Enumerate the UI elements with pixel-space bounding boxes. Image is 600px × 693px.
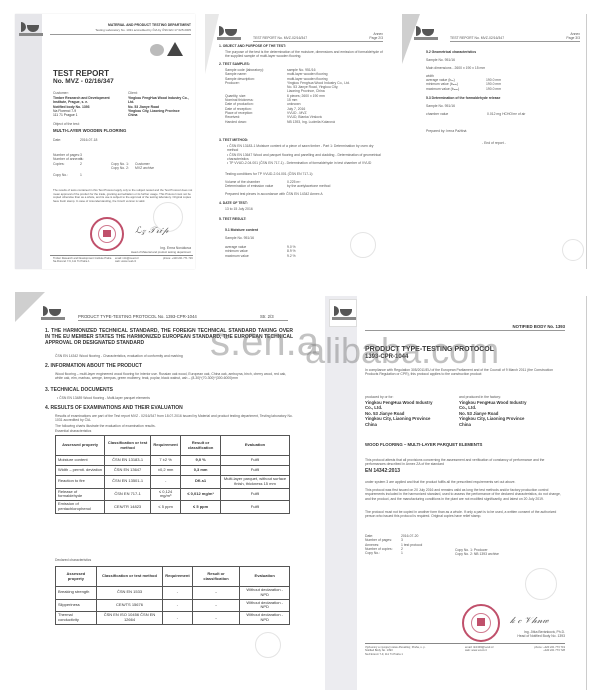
method-item: • ČSN EN 13183-1 Moisture content of a p… <box>227 144 383 153</box>
table-cell: Release of formaldehyde <box>56 488 105 501</box>
product-name: WOOD FLOORING – MULTI-LAYER PARQUET ELEM… <box>365 442 482 447</box>
client-block: Yingkou FengHua Wood Industry Co.,Ltd.No… <box>128 96 193 117</box>
institute-logo-icon <box>332 304 356 322</box>
table-cell: Breaking strength <box>56 587 97 600</box>
watermark-right: s.en.a <box>210 320 319 365</box>
table-row: Emission of pentachlorophenolCEN/TR 1482… <box>56 501 290 514</box>
date-value: 2016-07-18 <box>80 138 97 142</box>
disclaimer-text: The results of tests contained in this T… <box>53 189 193 203</box>
relief-stamp-icon <box>350 232 376 258</box>
header-reference: TEST REPORT No. MVZ-02/16/347 <box>253 36 307 40</box>
moisture-values: average value9.0 %minimum value8.9 %maxi… <box>225 245 325 258</box>
table-cell: ČSN EN ISO 10456 ČSN EN 12664 <box>96 612 162 625</box>
date-label: Date: <box>53 138 61 142</box>
footer-organization: Výzkumný a vývojový ústav dřevařský, Pra… <box>365 646 445 656</box>
section-4-title: 4. DATE OF TEST: <box>219 201 248 205</box>
validity-text: This protocol was first issued on 20 Jul… <box>365 488 565 501</box>
section-2-text: Wood flooring – multi-layer engineered w… <box>55 372 293 381</box>
kv-row: Determination of emission valueby the ac… <box>225 184 383 188</box>
institute-logo-icon <box>414 24 438 42</box>
table-cell: Dfl-s1 <box>181 476 221 489</box>
section-2-title: 2. INFORMATION ABOUT THE PRODUCT <box>45 364 142 369</box>
table-cell: - <box>151 476 181 489</box>
kv-row: maximum value9.2 % <box>225 254 325 258</box>
table-cell: Fulfil <box>221 456 290 466</box>
document-test-report-page-3: TEST REPORT No. MVZ-02/16/347 Annex Page… <box>402 14 587 269</box>
table-cell: ±0,2 mm <box>151 466 181 476</box>
header-reference: TEST REPORT No. MVZ-02/16/347 <box>450 36 504 40</box>
table-row: Reaction to fireČSN EN 13501-1-Dfl-s1Mul… <box>56 476 290 489</box>
object-label: Object of the test: <box>53 122 80 126</box>
footer-rule <box>365 643 565 644</box>
essential-label: Essential characteristics <box>55 429 91 433</box>
institute-logo-icon <box>19 20 43 38</box>
table-header: Requirement <box>163 567 192 587</box>
chamber-value: 0.012 mg HCHO/m³ of air <box>487 112 525 116</box>
table-cell: 0,3 mm <box>181 466 221 476</box>
table-cell: ČSN EN 13647 <box>105 466 151 476</box>
methods-list: • ČSN EN 13183-1 Moisture content of a p… <box>227 144 383 165</box>
chamber-label: chamber value <box>426 112 448 116</box>
table-cell: ≤ 5 ppm <box>151 501 181 514</box>
table-header: Classification or test method <box>96 567 162 587</box>
report-number: No. MVZ - 02/16/347 <box>53 78 114 85</box>
table-cell: - <box>163 612 192 625</box>
system-text: under system 3 are applied and that the … <box>365 480 565 484</box>
object-value: MULTI-LAYER WOODEN FLOORING <box>53 128 126 133</box>
table-header: Evaluation <box>240 567 290 587</box>
section-5-1-sample: Sample No. 951/16 <box>225 236 254 240</box>
section-2-title: 2. TEST SAMPLES: <box>219 62 250 66</box>
institute-logo-icon <box>217 24 241 42</box>
table-cell: ≤ 0,012 mg/m³ <box>181 488 221 501</box>
kv-row: Handed down:NB 1393, Ing. Ludmila Kolaro… <box>225 120 383 124</box>
institute-logo-icon <box>41 304 65 322</box>
section-1-text: ČSN EN 14342 Wood flooring - Characteris… <box>55 354 183 358</box>
producer-block: Yingkou FengHua Wood IndustryCo., Ltd.No… <box>365 400 455 427</box>
table-header: Evaluation <box>221 436 290 456</box>
end-of-report: - End of report - <box>482 141 506 145</box>
signature: 𝓀 𝒸 𝒱𝒽𝓃𝓌 <box>510 616 549 626</box>
header-page: Page 3/3 <box>552 36 580 40</box>
table-header: Result or classification <box>181 436 221 456</box>
table-cell: Fulfil <box>221 501 290 514</box>
section-5-3-title: 5.3 Determination of the formaldehyde re… <box>426 96 500 100</box>
copies-list: Copy No. 1: ProducerCopy No. 2: NB 1393 … <box>455 548 499 557</box>
table-cell: ČSN EN 13501-1 <box>105 476 151 489</box>
page-fold-shadow <box>205 14 219 74</box>
signer-role: Head of Notified Body No. 1393 <box>485 634 565 638</box>
section-3-title: 3. TEST METHOD: <box>219 138 248 142</box>
header-page: Page 2/3 <box>355 36 383 40</box>
table-row: Width – permit. deviationČSN EN 13647±0,… <box>56 466 290 476</box>
factory-block: Yingkou FengHua Wood IndustryCo., Ltd.No… <box>459 400 559 427</box>
header-department: MATERIAL AND PRODUCT TESTING DEPARTMENT <box>75 23 191 27</box>
table-row: SlipperinessCEN/TS 15676--Without declar… <box>56 599 290 612</box>
notified-body: NOTIFIED BODY No. 1393 <box>475 324 565 329</box>
prepared-by: Prepared by: Irena Pažitná <box>426 129 466 133</box>
report-title: TEST REPORT <box>53 69 109 78</box>
width-values: average value (bₐᵥ)190.0 mmminimum value… <box>426 78 526 91</box>
table-header: Classification or test method <box>105 436 151 456</box>
table-header: Assessed property <box>56 436 105 456</box>
section-1-text: The purpose of the test is the determina… <box>225 50 383 59</box>
copy-note: The protocol must not be copied in anoth… <box>365 510 565 519</box>
relief-stamp-icon <box>562 239 584 261</box>
table-row: Breaking strengthČSN EN 1533--Without de… <box>56 587 290 600</box>
table-cell: Slipperiness <box>56 599 97 612</box>
attests-text: This protocol attests that all provision… <box>365 458 565 467</box>
section-1-title: 1. OBJECT AND PURPOSE OF THE TEST: <box>219 44 286 48</box>
header-lab: Testing Laboratory No. 1031 accredited b… <box>50 28 191 32</box>
footer-phone: phone: +420 221 773 719+420 221 773 728 <box>515 646 565 653</box>
document-test-report-cover: MATERIAL AND PRODUCT TESTING DEPARTMENT … <box>15 14 195 269</box>
table-cell: Multi-layer parquet, without surface fin… <box>221 476 290 489</box>
client-label: Client: <box>128 91 138 95</box>
section-3-title: 3. TECHNICAL DOCUMENTS <box>45 388 113 393</box>
table-cell: Moisture content <box>56 456 105 466</box>
table-cell: CEN/TR 14823 <box>105 501 151 514</box>
logo-box <box>329 299 357 327</box>
table-cell: Without declaration - NPD <box>240 612 290 625</box>
table-cell: Reaction to fire <box>56 476 105 489</box>
method-item: • TP VVUD-2.04.001 (ČSN EN 717-1) - Dete… <box>227 161 383 165</box>
section-4-text: 13 to 15 July 2016 <box>225 207 253 211</box>
table-row: Moisture contentČSN EN 13183-17 ±2 %9,0 … <box>56 456 290 466</box>
footer-contact: email: nb1393@vvud.czweb: www.vvud.cz <box>465 646 494 653</box>
section-5-3-sample: Sample No. 951/16 <box>426 104 455 108</box>
table-header: Assessed property <box>56 567 97 587</box>
main-dimensions: Main dimensions - 2600 x 190 x 15 mm <box>426 66 485 70</box>
section-5-2-title: 5.2 Geometrical characteristics <box>426 50 476 54</box>
section-4-note: The following charts illustrate the eval… <box>55 424 156 428</box>
table-cell: - <box>163 599 192 612</box>
customer-block: Timber Research and DevelopmentInstitute… <box>53 96 123 117</box>
table-cell: ≤ 5 ppm <box>181 501 221 514</box>
report-meta: Number of pages: 3 Number of annexes: 0 … <box>53 153 193 177</box>
table-cell: Thermal conductivity <box>56 612 97 625</box>
table-cell: ČSN EN 13183-1 <box>105 456 151 466</box>
table-cell: Without declaration - NPD <box>240 599 290 612</box>
table-cell: - <box>163 587 192 600</box>
table-cell: 7 ±2 % <box>151 456 181 466</box>
method-item: • ČSN EN 13647 Wood and parquet flooring… <box>227 153 383 162</box>
customer-label: Customer: <box>53 91 69 95</box>
accreditation-badge-icon <box>150 44 164 56</box>
table-row: Thermal conductivityČSN EN ISO 10456 ČSN… <box>56 612 290 625</box>
section-5-2-sample: Sample No. 951/16 <box>426 58 455 62</box>
table-cell: 9,0 % <box>181 456 221 466</box>
signature: ℒ𝓏 𝒯𝓇𝒾𝓅 <box>135 226 169 236</box>
table-cell: ≤ 0,124 mg/m³ <box>151 488 181 501</box>
relief-stamp-icon <box>525 568 557 600</box>
section-4-title: 4. RESULTS OF EXAMINATIONS AND THEIR EVA… <box>45 406 183 411</box>
table-cell: - <box>192 612 240 625</box>
section-5-title: 5. TEST RESULT: <box>219 217 246 221</box>
produced-for-label: produced by or for: <box>365 395 393 399</box>
table-header: Result or classification <box>192 567 240 587</box>
conditions-label: Testing conditions for TP VVUD-2.04.001 … <box>225 172 313 176</box>
section-4-text: Results of examinations are part of the … <box>55 414 293 423</box>
prepared-note: Prepared test pieces in accordance with … <box>225 192 323 196</box>
table-cell: - <box>192 599 240 612</box>
protocol-header: PRODUCT TYPE-TESTING PROTOCOL No. 1393-C… <box>78 314 197 319</box>
table-cell: Fulfil <box>221 488 290 501</box>
essential-characteristics-table: Assessed propertyClassification or test … <box>55 435 290 514</box>
table-row: Release of formaldehydeČSN EN 717-1≤ 0,1… <box>56 488 290 501</box>
footer-organization: Timber Research and Development Institut… <box>53 257 113 263</box>
table-cell: Emission of pentachlorophenol <box>56 501 105 514</box>
protocol-meta: Date:2016-07-20Number of pages:3Annexes:… <box>365 534 445 555</box>
produced-in-label: and produced in the factory: <box>459 395 501 399</box>
certification-triangle-icon <box>167 42 183 56</box>
table-cell: Without declaration - NPD <box>240 587 290 600</box>
table-cell: Fulfil <box>221 466 290 476</box>
standard: EN 14342:2013 <box>365 469 400 474</box>
table-cell: Width – permit. deviation <box>56 466 105 476</box>
relief-stamp-icon <box>255 632 281 658</box>
footer-rule <box>50 255 193 256</box>
page-number: Str. 2/3 <box>260 314 274 319</box>
section-3-item: • ČSN EN 13489 Wood flooring - Multi-lay… <box>57 396 150 400</box>
watermark-center: alibaba.com <box>305 330 499 372</box>
kv-row: maximum value (bₘₐₓ)190.0 mm <box>426 87 526 91</box>
header-rule <box>450 41 580 42</box>
declared-label: Declared characteristics <box>55 558 91 562</box>
section-5-1-title: 5.1 Moisture content <box>225 228 258 232</box>
table-header: Requirement <box>151 436 181 456</box>
table-cell: CEN/TS 15676 <box>96 599 162 612</box>
table-cell: - <box>192 587 240 600</box>
samples-list: Sample code (laboratory):sample No. 951/… <box>225 68 383 124</box>
signer-role: Head of Material and product testing dep… <box>85 250 191 254</box>
footer-contact: email: info@svuol.czweb: www.vvud.cz <box>115 257 139 263</box>
table-cell: ČSN EN 1533 <box>96 587 162 600</box>
footer-phone: phone: +420 221 771 719 <box>163 257 193 260</box>
page-side-strip <box>15 14 42 269</box>
conditions-list: Volume of the chamber0.225 m³Determinati… <box>225 180 383 189</box>
header-rule <box>50 34 191 35</box>
declared-characteristics-table: Assessed propertyClassification or test … <box>55 566 290 625</box>
document-test-report-page-2: TEST REPORT No. MVZ-02/16/347 Annex Page… <box>205 14 390 269</box>
kv-row: Copy No.:1 <box>365 551 445 555</box>
table-cell: ČSN EN 717-1 <box>105 488 151 501</box>
header-rule <box>253 41 383 42</box>
